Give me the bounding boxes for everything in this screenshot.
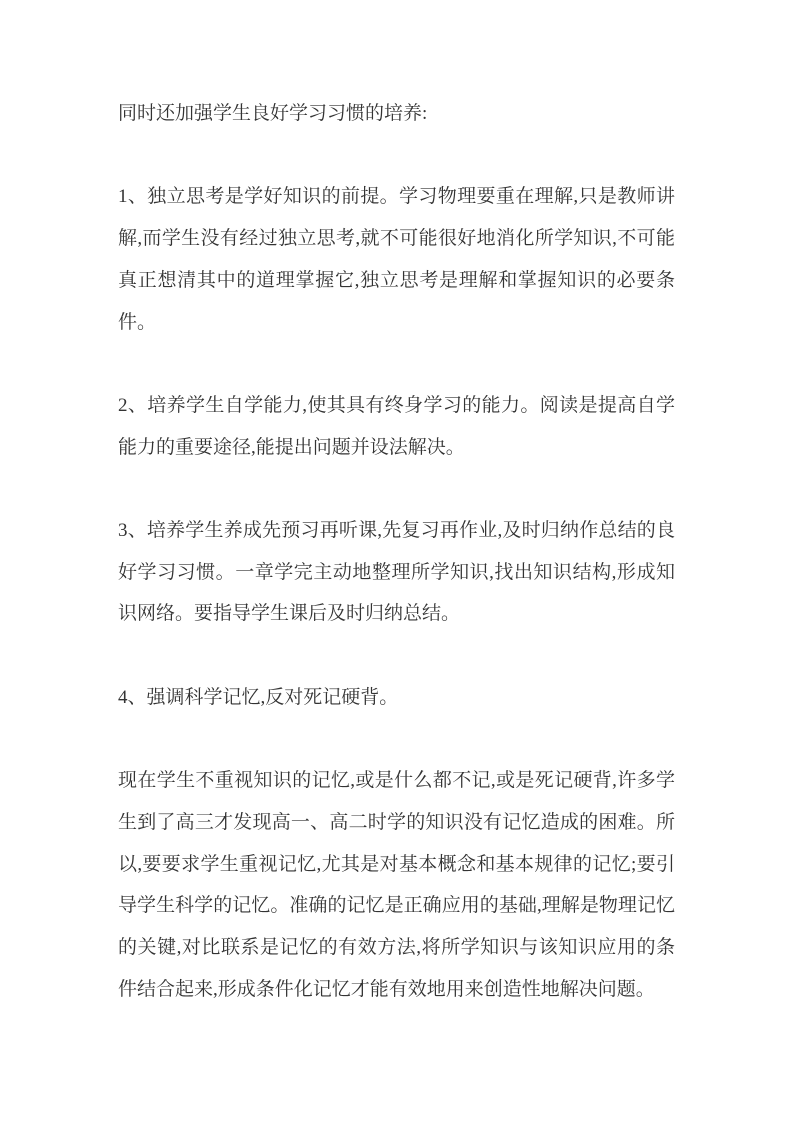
paragraph-item-3: 3、培养学生养成先预习再听课,先复习再作业,及时归纳作总结的良好学习习惯。一章学… — [118, 510, 675, 635]
paragraph-intro: 同时还加强学生良好学习习惯的培养: — [118, 93, 675, 135]
paragraph-item-4: 4、强调科学记忆,反对死记硬背。 — [118, 677, 675, 719]
paragraph-conclusion: 现在学生不重视知识的记忆,或是什么都不记,或是死记硬背,许多学生到了高三才发现高… — [118, 760, 675, 1010]
paragraph-item-2: 2、培养学生自学能力,使其具有终身学习的能力。阅读是提高自学能力的重要途径,能提… — [118, 385, 675, 468]
paragraph-item-1: 1、独立思考是学好知识的前提。学习物理要重在理解,只是教师讲解,而学生没有经过独… — [118, 176, 675, 343]
document-page: 同时还加强学生良好学习习惯的培养: 1、独立思考是学好知识的前提。学习物理要重在… — [0, 0, 793, 1122]
